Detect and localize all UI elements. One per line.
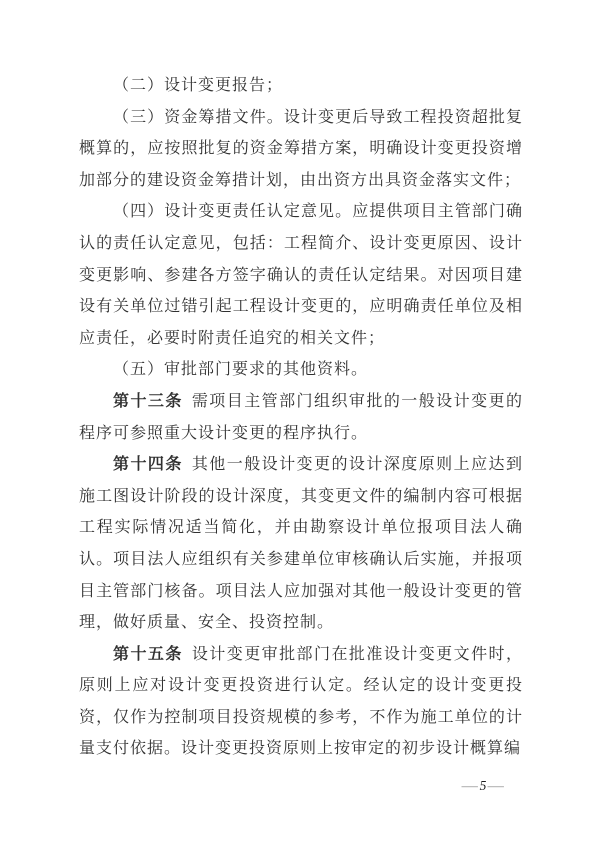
paragraph: 第十三条需项目主管部门组织审批的一般设计变更的程序可参照重大设计变更的程序执行。 xyxy=(79,386,523,449)
paragraph: （二）设计变更报告； xyxy=(79,70,523,102)
paragraph: （三）资金筹措文件。设计变更后导致工程投资超批复概算的，应按照批复的资金筹措方案… xyxy=(79,102,523,197)
paragraph: （五）审批部门要求的其他资料。 xyxy=(79,354,523,386)
page-number: — 5 — xyxy=(453,778,513,794)
paragraph: 第十五条设计变更审批部门在批准设计变更文件时，原则上应对设计变更投资进行认定。经… xyxy=(79,639,523,765)
paragraph-text: （五）审批部门要求的其他资料。 xyxy=(113,361,368,378)
paragraph: 第十四条其他一般设计变更的设计深度原则上应达到施工图设计阶段的设计深度，其变更文… xyxy=(79,449,523,639)
paragraph-text: （二）设计变更报告； xyxy=(113,77,283,94)
article-number: 第十三条 xyxy=(113,393,183,410)
article-number: 第十五条 xyxy=(113,646,183,663)
document-body: （二）设计变更报告；（三）资金筹措文件。设计变更后导致工程投资超批复概算的，应按… xyxy=(79,70,523,765)
paragraph: （四）设计变更责任认定意见。应提供项目主管部门确认的责任认定意见，包括：工程简介… xyxy=(79,196,523,354)
document-page: （二）设计变更报告；（三）资金筹措文件。设计变更后导致工程投资超批复概算的，应按… xyxy=(0,0,600,849)
paragraph-text: 其他一般设计变更的设计深度原则上应达到施工图设计阶段的设计深度，其变更文件的编制… xyxy=(79,456,523,631)
page-number-dash-left: — xyxy=(462,778,478,794)
article-number: 第十四条 xyxy=(113,456,183,473)
page-number-dash-right: — xyxy=(488,778,504,794)
page-number-value: 5 xyxy=(480,778,487,794)
paragraph-text: （四）设计变更责任认定意见。应提供项目主管部门确认的责任认定意见，包括：工程简介… xyxy=(79,203,523,346)
paragraph-text: （三）资金筹措文件。设计变更后导致工程投资超批复概算的，应按照批复的资金筹措方案… xyxy=(79,109,523,189)
